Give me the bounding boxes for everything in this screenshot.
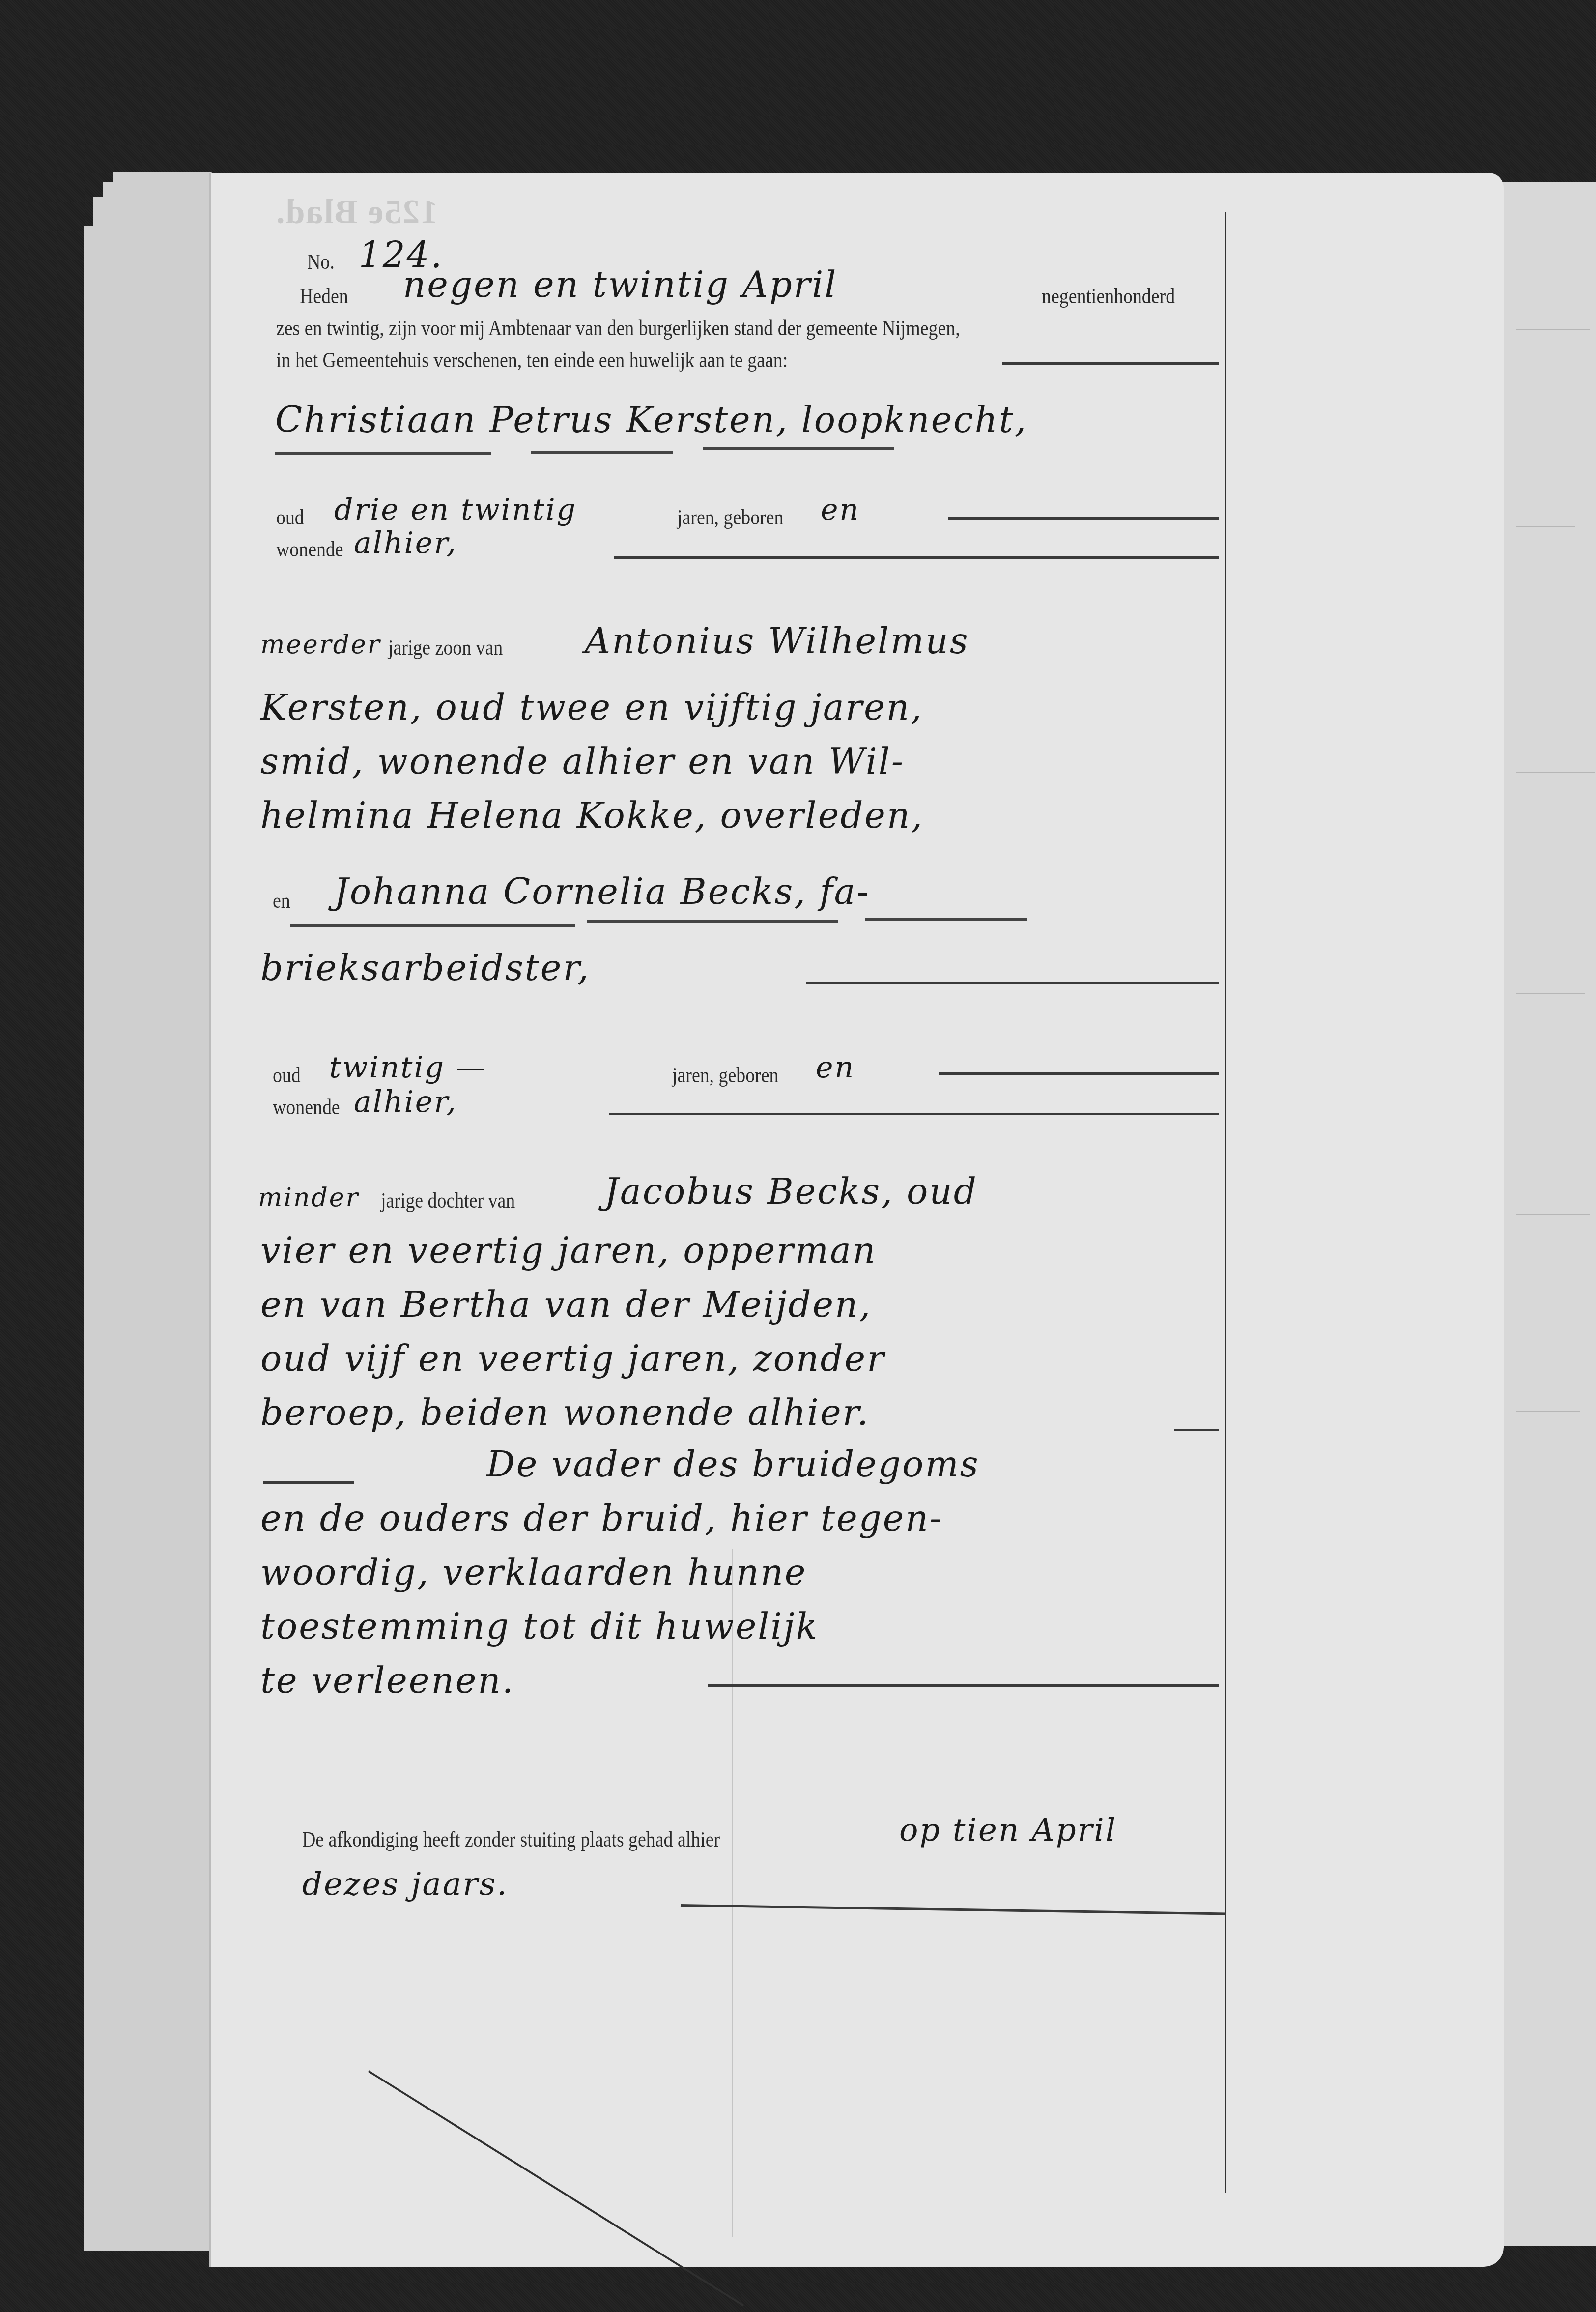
bride-parents-line-4: oud vijf en veertig jaren, zonder bbox=[260, 1338, 885, 1379]
underline-firstname bbox=[290, 924, 575, 927]
son-of-label: jarige zoon van bbox=[388, 635, 503, 660]
consent-line-5: te verleenen. bbox=[260, 1660, 515, 1701]
fill-line bbox=[263, 1481, 354, 1484]
bleed-through-page-label: 125e Blad. bbox=[275, 193, 438, 232]
register-page: 125e Blad. No. 124. Heden negen en twint… bbox=[211, 173, 1504, 2267]
header-line-2: zes en twintig, zijn voor mij Ambtenaar … bbox=[276, 316, 960, 341]
daughter-of-label: jarige dochter van bbox=[381, 1188, 515, 1213]
banns-handwritten-2: dezes jaars. bbox=[302, 1866, 509, 1903]
bride-name-line-2: brieksarbeidster, bbox=[260, 947, 590, 988]
bride-parents-line-2: vier en veertig jaren, opperman bbox=[260, 1230, 877, 1271]
fill-line bbox=[806, 982, 1219, 984]
groom-born: en bbox=[821, 492, 860, 527]
groom-parents-line-4: helmina Helena Kokke, overleden, bbox=[260, 795, 924, 836]
header-line-3: in het Gemeentehuis verschenen, ten eind… bbox=[276, 347, 788, 373]
underline-middlename bbox=[587, 920, 838, 923]
groom-residence-label: wonende bbox=[276, 537, 343, 562]
underline-surname bbox=[865, 918, 1027, 921]
groom-age: drie en twintig bbox=[334, 492, 577, 527]
groom-residence: alhier, bbox=[354, 526, 457, 560]
groom-name-line: Christiaan Petrus Kersten, loopknecht, bbox=[275, 399, 1027, 440]
underline-middlename bbox=[531, 451, 673, 454]
record-number-label: No. bbox=[307, 249, 335, 274]
fill-line bbox=[681, 1904, 1226, 1915]
fill-line bbox=[708, 1684, 1219, 1687]
facing-page bbox=[1501, 182, 1596, 2246]
bride-parents-line-1: Jacobus Becks, oud bbox=[604, 1171, 978, 1212]
groom-born-label: jaren, geboren bbox=[677, 505, 783, 530]
fill-line bbox=[1174, 1429, 1219, 1431]
bride-name-line-1: Johanna Cornelia Becks, fa- bbox=[334, 871, 870, 912]
bride-parents-line-3: en van Bertha van der Meijden, bbox=[260, 1284, 872, 1325]
date-handwritten: negen en twintig April bbox=[403, 264, 837, 305]
underline-surname bbox=[703, 447, 894, 450]
bride-age: twintig — bbox=[329, 1050, 487, 1085]
fill-line bbox=[1002, 362, 1219, 365]
bride-majority: minder bbox=[258, 1183, 359, 1213]
bride-born: en bbox=[816, 1050, 855, 1085]
groom-parents-line-1: Antonius Wilhelmus bbox=[585, 620, 969, 662]
consent-line-3: woordig, verklaarden hunne bbox=[260, 1552, 807, 1593]
fill-line bbox=[948, 517, 1219, 520]
groom-majority: meerder bbox=[260, 630, 381, 660]
consent-line-2: en de ouders der bruid, hier tegen- bbox=[260, 1498, 943, 1539]
bride-age-label: oud bbox=[273, 1063, 301, 1088]
heden-label: Heden bbox=[300, 284, 348, 309]
consent-line-1: De vader des bruidegoms bbox=[486, 1444, 980, 1485]
fill-line bbox=[614, 556, 1219, 559]
page-stack-edges bbox=[84, 167, 221, 2251]
bride-residence-label: wonende bbox=[273, 1095, 340, 1120]
margin-rule bbox=[1225, 212, 1226, 2193]
groom-parents-line-3: smid, wonende alhier en van Wil- bbox=[260, 741, 905, 782]
bride-en-label: en bbox=[273, 888, 290, 913]
banns-handwritten-1: op tien April bbox=[899, 1812, 1117, 1849]
bride-parents-line-5: beroep, beiden wonende alhier. bbox=[260, 1392, 870, 1433]
groom-age-label: oud bbox=[276, 505, 304, 530]
bride-born-label: jaren, geboren bbox=[672, 1063, 778, 1088]
bride-residence: alhier, bbox=[354, 1085, 457, 1119]
year-printed: negentienhonderd bbox=[1042, 284, 1175, 309]
fold-line bbox=[732, 1549, 733, 2237]
fill-line bbox=[939, 1072, 1219, 1075]
groom-parents-line-2: Kersten, oud twee en vijftig jaren, bbox=[260, 687, 923, 728]
underline-firstname bbox=[275, 452, 491, 455]
fill-line bbox=[609, 1113, 1219, 1115]
consent-line-4: toestemming tot dit huwelijk bbox=[260, 1606, 819, 1647]
banns-printed: De afkondiging heeft zonder stuiting pla… bbox=[302, 1827, 720, 1852]
